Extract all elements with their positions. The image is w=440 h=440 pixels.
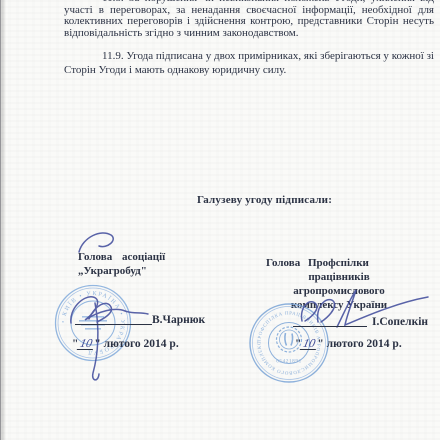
right-signature-line	[293, 326, 367, 327]
clause-11-9: 11.9. Угода підписана у двох примірниках…	[64, 50, 434, 77]
date-month-year: лютого 2014 р.	[327, 338, 402, 350]
scanned-agreement-page: 11.8. За порушення чи невиконання положе…	[0, 0, 440, 440]
date-close-quote: "	[94, 338, 100, 350]
date-day-handwritten: 10	[77, 338, 96, 350]
text-line: відповідальність згідно з чинним законод…	[64, 28, 434, 40]
clause-11-8: 11.8. За порушення чи невиконання положе…	[64, 0, 434, 39]
right-signatory-title-line: Голова Профспілки	[264, 256, 414, 270]
signing-heading: Галузеву угоду підписали:	[197, 194, 332, 206]
date-month-year: лютого 2014 р.	[104, 338, 179, 350]
right-signature-date: "10" лютого 2014 р.	[295, 338, 402, 350]
stamp-registration-code: 05421891	[276, 359, 302, 365]
left-signature-date: "10" лютого 2014 р.	[72, 338, 179, 350]
text-line: 11.9. Угода підписана у двох примірниках…	[64, 50, 434, 64]
date-close-quote: "	[317, 338, 323, 350]
left-signatory-name: В.Чарнюк	[152, 314, 205, 326]
right-signatory-name: І.Сопелкін	[372, 316, 428, 328]
text-line: Сторін Угоди і мають однакову юридичну с…	[64, 64, 434, 78]
scan-left-edge	[0, 0, 6, 440]
date-day-handwritten: 10	[300, 338, 319, 350]
left-signature-line	[75, 324, 152, 325]
signature-left-icon	[55, 225, 165, 385]
